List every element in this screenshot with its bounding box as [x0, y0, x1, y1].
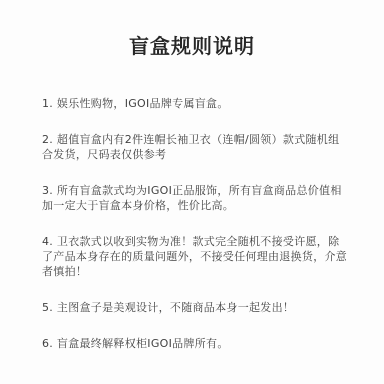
page-title: 盲盒规则说明: [0, 0, 384, 96]
rule-item-3: 3. 所有盲盒款式均为IGOI正品服饰，所有盲盒商品总价值相加一定大于盲盒本身价…: [42, 183, 350, 213]
rule-item-2: 2. 超值盲盒内有2件连帽长袖卫衣（连帽/圆领）款式随机组合发货，尺码表仅供参考: [42, 132, 350, 162]
rule-item-5: 5. 主图盒子是美观设计，不随商品本身一起发出！: [42, 300, 350, 315]
rule-item-1: 1. 娱乐性购物，IGOI品牌专属盲盒。: [42, 96, 350, 111]
rule-item-6: 6. 盲盒最终解释权柜IGOI品牌所有。: [42, 336, 350, 351]
blind-box-rules-page: 盲盒规则说明 1. 娱乐性购物，IGOI品牌专属盲盒。 2. 超值盲盒内有2件连…: [0, 0, 384, 384]
rules-list: 1. 娱乐性购物，IGOI品牌专属盲盒。 2. 超值盲盒内有2件连帽长袖卫衣（连…: [0, 96, 384, 351]
rule-item-4: 4. 卫衣款式以收到实物为准！款式完全随机不接受许愿，除了产品本身存在的质量问题…: [42, 234, 350, 279]
